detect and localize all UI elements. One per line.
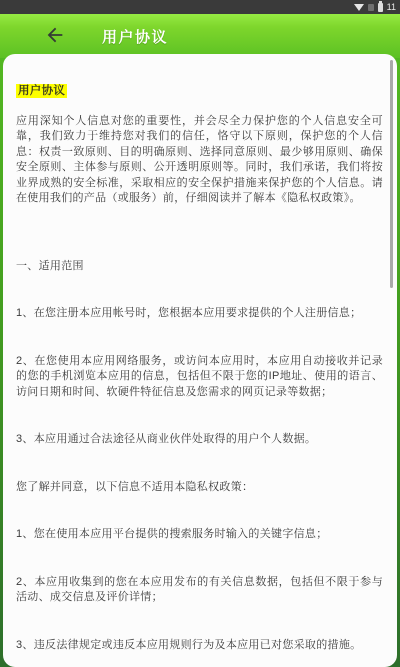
scrollbar-thumb[interactable] [390,60,393,288]
scope-item-1: 1、在您注册本应用帐号时，您根据本应用要求提供的个人注册信息； [16,306,383,322]
exclusion-item-1: 1、您在使用本应用平台提供的搜索服务时输入的关键字信息； [16,527,383,543]
status-bar: 11 [0,0,400,14]
consent-note: 您了解并同意，以下信息不适用本隐私权政策： [16,480,383,496]
agreement-card: 用户协议 应用深知个人信息对您的重要性，并会尽全力保护您的个人信息安全可靠，我们… [3,54,397,667]
back-arrow-icon [44,24,66,49]
app-screen: 11 用户协议 用户协议 应用深知个人信息对您的重要性，并会尽全力保护您的个人信… [0,0,400,667]
section-title: 一、适用范围 [16,259,383,275]
scope-item-2: 2、在您使用本应用网络服务，或访问本应用时，本应用自动接收并记录的您的手机浏览本… [16,354,383,401]
wifi-icon [354,4,364,11]
back-button[interactable] [38,19,72,53]
intro-paragraph: 应用深知个人信息对您的重要性，并会尽全力保护您的个人信息安全可靠，我们致力于维持… [16,114,383,207]
app-header: 用户协议 [0,14,400,58]
agreement-heading: 用户协议 [16,84,383,100]
battery-icon [378,3,383,12]
signal-icon [368,4,374,11]
page-title: 用户协议 [102,26,168,47]
exclusion-item-2: 2、本应用收集到的您在本应用发布的有关信息数据，包括但不限于参与活动、成交信息及… [16,575,383,606]
agreement-heading-text: 用户协议 [16,84,67,98]
scope-item-3: 3、本应用通过合法途径从商业伙伴处取得的用户个人数据。 [16,432,383,448]
exclusion-item-3: 3、违反法律规定或违反本应用规则行为及本应用已对您采取的措施。 [16,638,383,654]
status-time: 11 [387,0,396,14]
